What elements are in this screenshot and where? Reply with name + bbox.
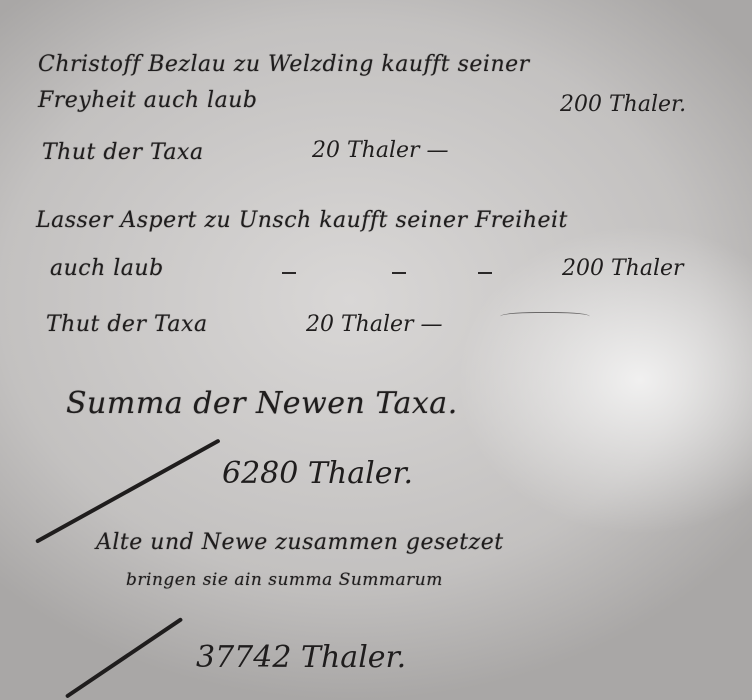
entry-2-tax-label: Thut der Taxa: [46, 312, 208, 337]
flourish-stroke: [35, 438, 221, 543]
fill-dash: [478, 272, 492, 274]
manuscript-page: Christoff Bezlau zu Welzding kaufft sein…: [0, 0, 752, 700]
fill-dash: [392, 272, 406, 274]
entry-1-line-1: Christoff Bezlau zu Welzding kaufft sein…: [38, 52, 530, 77]
fill-dash: [282, 272, 296, 274]
entry-2-tax-amount: 20 Thaler —: [306, 312, 443, 337]
combined-line-2: bringen sie ain summa Summarum: [126, 570, 443, 590]
flourish-stroke: [65, 617, 183, 699]
grand-total: 37742 Thaler.: [196, 640, 406, 675]
entry-1-tax-label: Thut der Taxa: [42, 140, 204, 165]
summa-amount: 6280 Thaler.: [222, 456, 413, 491]
paper-crack: [500, 312, 590, 323]
entry-2-line-1: Lasser Aspert zu Unsch kaufft seiner Fre…: [36, 208, 568, 233]
entry-1-tax-amount: 20 Thaler —: [312, 138, 449, 163]
combined-line-1: Alte und Newe zusammen gesetzet: [96, 530, 504, 555]
entry-2-amount: 200 Thaler: [562, 256, 684, 281]
summa-heading: Summa der Newen Taxa.: [66, 386, 458, 421]
entry-1-line-2: Freyheit auch laub: [38, 88, 257, 113]
entry-1-amount: 200 Thaler.: [560, 92, 686, 117]
entry-2-line-2: auch laub: [50, 256, 164, 281]
